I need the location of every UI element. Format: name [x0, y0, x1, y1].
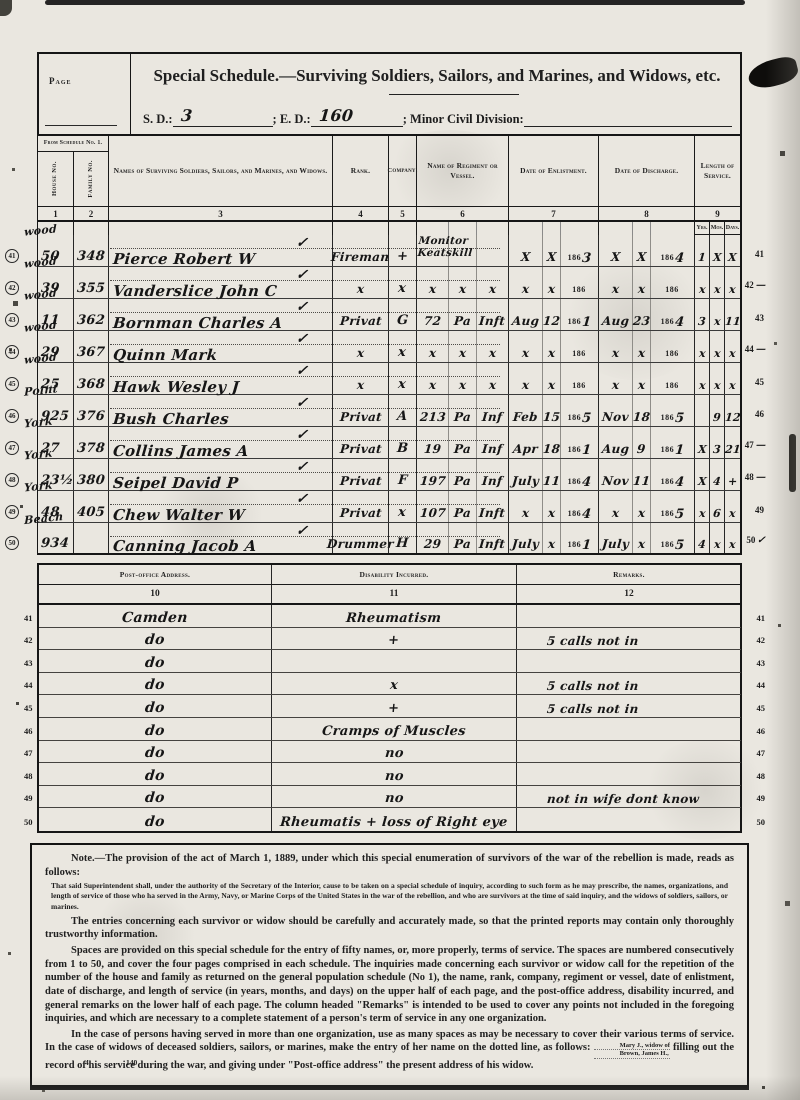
discharge-month-cell: Aug — [598, 427, 632, 458]
enlist-year-cell: 186 — [560, 363, 598, 394]
rank-cell: Fireman — [332, 235, 388, 266]
service-days-cell: x — [724, 491, 740, 522]
regiment-number-cell: 19 — [416, 427, 448, 458]
service-days-cell: x — [724, 267, 740, 298]
row-number-left: 50 — [24, 817, 33, 827]
remarks-cell — [516, 650, 741, 672]
discharge-day-cell: x — [632, 267, 650, 298]
page-number-cell: Page — [39, 54, 131, 134]
service-days-cell: 11 — [724, 299, 740, 330]
title-box: Page Special Schedule.—Surviving Soldier… — [37, 52, 742, 136]
discharge-day-cell: X — [632, 235, 650, 266]
discharge-month-cell: Aug — [598, 299, 632, 330]
check-mark: ✓ — [295, 299, 308, 315]
regiment-state-cell: Pa — [448, 427, 476, 458]
check-mark: ✓ — [295, 235, 308, 251]
enlist-year-cell: 1863 — [560, 235, 598, 266]
row-number-left: 47 — [24, 748, 33, 758]
address-row: 49 do no not in wife dont know 49 — [39, 786, 741, 809]
row-number-circle: 50 — [5, 536, 19, 550]
from-schedule-label: From Schedule No. 1. — [38, 136, 108, 152]
row-number-left: 48 — [24, 771, 33, 781]
note-paragraph-1: Note.—The provision of the act of March … — [45, 852, 734, 879]
row-number-left: 49 — [24, 793, 33, 803]
company-cell: + — [388, 235, 416, 266]
discharge-month-cell: x — [598, 331, 632, 362]
col-number: 12 — [516, 585, 741, 603]
discharge-year-cell: 1861 — [650, 427, 694, 458]
discharge-year-cell: 186 — [650, 267, 694, 298]
enlist-day-cell: X — [542, 235, 560, 266]
row-number-circle: 46 — [5, 409, 19, 423]
regiment-number-cell: 72 — [416, 299, 448, 330]
row-number-right: 49 — [757, 793, 766, 803]
scanned-veterans-schedule-page: Page Special Schedule.—Surviving Soldier… — [0, 0, 800, 1100]
remarks-cell: not in wife dont know — [516, 786, 741, 808]
company-cell: x — [388, 363, 416, 394]
enlist-month-cell: x — [508, 267, 542, 298]
enlist-year-cell: 1861 — [560, 523, 598, 553]
regiment-state-cell: Pa — [448, 523, 476, 553]
regiment-number-cell: 29 — [416, 523, 448, 553]
disability-cell: + — [271, 628, 516, 650]
note-paragraph-2: That said Superintendent shall, under th… — [51, 881, 728, 911]
enlist-year-cell: 186 — [560, 267, 598, 298]
regiment-number-cell: x — [416, 267, 448, 298]
row-number-right: 42— — [745, 280, 766, 291]
family-no-cell: 368 — [73, 363, 108, 394]
row-number-right: 49 — [755, 505, 766, 515]
discharge-year-cell: 186 — [650, 331, 694, 362]
address-row: 45 do + 5 calls not in 45 — [39, 695, 741, 718]
service-record-row: wood 45 ✓ 25 368 Hawk Wesley J x x x x x… — [38, 363, 740, 395]
row-number-left: 43 — [24, 658, 33, 668]
enlist-month-cell: x — [508, 491, 542, 522]
column-numbers-row: 1 2 3 4 5 6 7 8 9 — [38, 206, 740, 222]
disability-cell: Cramps of Muscles — [271, 718, 516, 740]
rank-cell: x — [332, 331, 388, 362]
po-address-cell: Camden — [39, 605, 271, 627]
ed-value-line: 160 — [311, 109, 403, 127]
row-number-right: 43 — [757, 658, 766, 668]
discharge-day-cell: 23 — [632, 299, 650, 330]
enlist-month-cell: July — [508, 459, 542, 490]
discharge-year-cell: 1865 — [650, 491, 694, 522]
service-months-cell: x — [709, 363, 724, 394]
regiment-type-cell: Inf — [476, 427, 508, 458]
company-cell: x — [388, 331, 416, 362]
discharge-month-cell: Nov — [598, 459, 632, 490]
sd-label: S. D.: — [143, 112, 173, 127]
enlist-year-cell: 1861 — [560, 299, 598, 330]
enlist-day-cell: 15 — [542, 395, 560, 426]
service-years-cell: X — [694, 459, 709, 490]
regiment-type-cell: Inft — [476, 491, 508, 522]
footer-number-right: 140 — [126, 1058, 137, 1067]
regiment-state-cell: Pa — [448, 395, 476, 426]
family-no-cell: 378 — [73, 427, 108, 458]
regiment-type-cell: x — [476, 331, 508, 362]
service-years-cell: x — [694, 363, 709, 394]
po-address-cell: do — [39, 695, 271, 717]
sd-value: 3 — [180, 109, 193, 123]
remarks-header: Remarks. — [516, 565, 741, 584]
rank-cell: Drummer — [332, 523, 388, 553]
address-row: 41 Camden Rheumatism 41 — [39, 605, 741, 628]
row-number-right: 41 — [757, 613, 766, 623]
row-number-right: 46 — [755, 409, 766, 419]
row-number-right: 47— — [745, 440, 766, 451]
enlist-day-cell: 11 — [542, 459, 560, 490]
discharge-header: Date of Discharge. — [598, 136, 694, 206]
regiment-header: Name of Regiment or Vessel. — [416, 136, 508, 206]
disability-header: Disability Incurred. — [271, 565, 516, 584]
row-number-right: 45 — [755, 377, 766, 387]
row-number-right: 44 — [757, 680, 766, 690]
widow-example: Mary J., widow ofBrown, James H., — [594, 1042, 670, 1060]
check-mark: ✓ — [295, 491, 308, 507]
row-number-right: 50✓ — [746, 535, 766, 546]
address-row: 42 do + 5 calls not in 42 — [39, 628, 741, 651]
row-number-right: 47 — [757, 748, 766, 758]
enlist-day-cell: x — [542, 523, 560, 553]
row-number-left: 45 — [24, 703, 33, 713]
service-days-cell: x — [724, 523, 740, 553]
remarks-cell — [516, 741, 741, 763]
col-number: 2 — [73, 207, 108, 220]
family-no-cell: 405 — [73, 491, 108, 522]
enlist-month-cell: x — [508, 331, 542, 362]
regiment-type-cell: Inft — [476, 299, 508, 330]
enlist-day-cell: 12 — [542, 299, 560, 330]
row-number-left: 42 — [24, 635, 33, 645]
enlist-month-cell: Apr — [508, 427, 542, 458]
service-months-cell: 6 — [709, 491, 724, 522]
regiment-type-cell: Inf — [476, 395, 508, 426]
table-header: From Schedule No. 1. House No. Family No… — [38, 136, 740, 206]
service-record-row: York 49 ✓ 48 405 Chew Walter W Privat x … — [38, 491, 740, 523]
page-title: Special Schedule.—Surviving Soldiers, Sa… — [139, 66, 735, 86]
col-number: 4 — [332, 207, 388, 220]
service-years-cell: x — [694, 491, 709, 522]
row-number-left: 41 — [24, 613, 33, 623]
enlist-month-cell: Aug — [508, 299, 542, 330]
discharge-year-cell: 1865 — [650, 395, 694, 426]
check-mark: ✓ — [295, 267, 308, 283]
row-number-right: 46 — [757, 726, 766, 736]
rank-cell: Privat — [332, 299, 388, 330]
enlist-year-cell: 1865 — [560, 395, 598, 426]
house-family-headers: House No. Family No. — [38, 152, 108, 206]
remarks-cell: 5 calls not in — [516, 695, 741, 717]
company-cell: H — [388, 523, 416, 553]
discharge-month-cell: x — [598, 363, 632, 394]
col-number: 7 — [508, 207, 598, 220]
regiment-type-cell: x — [476, 267, 508, 298]
note-paragraph-4: Spaces are provided on this special sche… — [45, 944, 734, 1026]
check-mark: ✓ — [295, 363, 308, 379]
enlist-month-cell: July — [508, 523, 542, 553]
widow-example-bottom: Brown, James H., — [594, 1050, 670, 1059]
enlistment-header: Date of Enlistment. — [508, 136, 598, 206]
disability-cell — [271, 650, 516, 672]
po-address-cell: do — [39, 718, 271, 740]
mos-header: Mos. — [709, 222, 724, 235]
discharge-year-cell: 1864 — [650, 459, 694, 490]
widow-example-top: Mary J., widow of — [594, 1042, 670, 1051]
row-number-circle: 45 — [5, 377, 19, 391]
service-years-cell: x — [694, 267, 709, 298]
address-row: 48 do no 48 — [39, 763, 741, 786]
col-number: 8 — [598, 207, 694, 220]
discharge-month-cell: Nov — [598, 395, 632, 426]
rank-cell: Privat — [332, 459, 388, 490]
remarks-cell — [516, 808, 741, 831]
enlist-year-cell: 186 — [560, 331, 598, 362]
regiment-state-cell: x — [448, 331, 476, 362]
title-rule — [389, 94, 519, 95]
rank-cell: x — [332, 363, 388, 394]
service-record-row: York 47 ✓ 27 378 Collins James A Privat … — [38, 427, 740, 459]
family-no-cell: 376 — [73, 395, 108, 426]
discharge-year-cell: 1864 — [650, 299, 694, 330]
regiment-type-cell: Inf — [476, 459, 508, 490]
disability-cell: Rheumatism — [271, 605, 516, 627]
remarks-cell — [516, 718, 741, 740]
enlist-day-cell: x — [542, 331, 560, 362]
ed-label: ; E. D.: — [273, 112, 311, 127]
remarks-cell: 5 calls not in — [516, 673, 741, 695]
row-number-right: 50 — [757, 817, 766, 827]
service-record-row: wood 42 ✓ 39 355 Vanderslice John C x x … — [38, 267, 740, 299]
row-number-circle: 49 — [5, 505, 19, 519]
col-number: 10 — [39, 585, 271, 603]
bottom-column-numbers: 10 11 12 — [39, 585, 740, 605]
service-years-cell: x — [694, 331, 709, 362]
row-number-circle: 41 — [5, 249, 19, 263]
note-paragraph-3: The entries concerning each survivor or … — [45, 915, 734, 942]
service-months-cell: X — [709, 235, 724, 266]
rank-cell: Privat — [332, 395, 388, 426]
po-address-cell: do — [39, 808, 271, 831]
regiment-number-cell: x — [416, 331, 448, 362]
check-mark: ✓ — [295, 459, 308, 475]
vessel-name-overlay: Monitor Keatskill — [417, 235, 511, 259]
regiment-type-cell: x — [476, 363, 508, 394]
col-number: 1 — [38, 207, 73, 220]
remarks-cell — [516, 763, 741, 785]
row-number-left: 44 — [24, 680, 33, 690]
scan-specks — [0, 0, 3, 3]
col-number: 3 — [108, 207, 332, 220]
address-row: 43 do 43 — [39, 650, 741, 673]
service-days-cell: X — [724, 235, 740, 266]
service-years-cell: 1 — [694, 235, 709, 266]
district-line: S. D.: 3 ; E. D.: 160 ; Minor Civil Divi… — [143, 109, 732, 127]
discharge-day-cell: x — [632, 523, 650, 553]
regiment-state-cell: Pa — [448, 299, 476, 330]
service-days-cell: x — [724, 363, 740, 394]
service-record-row: wood 43 ✓ 11 362 Bornman Charles A Priva… — [38, 299, 740, 331]
service-years-cell: 4 — [694, 523, 709, 553]
house-no-header: House No. — [51, 161, 59, 196]
rank-header: Rank. — [332, 136, 388, 206]
row-number-right: 44— — [745, 344, 766, 355]
discharge-year-cell: 1865 — [650, 523, 694, 553]
po-address-cell: do — [39, 763, 271, 785]
note-paragraph-5: In the case of persons having served in … — [45, 1028, 734, 1073]
family-no-header: Family No. — [87, 160, 95, 198]
discharge-day-cell: 11 — [632, 459, 650, 490]
discharge-day-cell: 18 — [632, 395, 650, 426]
row-number-right: 48 — [757, 771, 766, 781]
col-number: 9 — [694, 207, 740, 220]
disability-cell: Rheumatis + loss of Right eye — [271, 808, 516, 831]
row-number-right: 42 — [757, 635, 766, 645]
scan-artifact-top-streak — [45, 0, 745, 5]
service-months-cell: 3 — [709, 427, 724, 458]
enlist-month-cell: x — [508, 363, 542, 394]
service-days-cell: + — [724, 459, 740, 490]
service-months-cell: 4 — [709, 459, 724, 490]
note-box: Note.—The provision of the act of March … — [30, 843, 749, 1090]
service-years-cell — [694, 395, 709, 426]
family-no-cell: 362 — [73, 299, 108, 330]
family-no-cell: 380 — [73, 459, 108, 490]
check-mark: ✓ — [295, 331, 308, 347]
discharge-month-cell: x — [598, 267, 632, 298]
company-header: Company. — [388, 136, 416, 206]
po-address-cell: do — [39, 650, 271, 672]
schedule-header-block: From Schedule No. 1. House No. Family No… — [38, 136, 108, 206]
scan-edge-shadow-bottom — [0, 1076, 800, 1100]
service-record-row: Beach 50 ✓ 934 Canning Jacob A Drummer H… — [38, 523, 740, 555]
row-number-right: 48— — [745, 472, 766, 483]
disability-cell: no — [271, 741, 516, 763]
enlist-year-cell: 1864 — [560, 491, 598, 522]
regiment-number-cell: 213 — [416, 395, 448, 426]
enlist-year-cell: 1864 — [560, 459, 598, 490]
enlist-day-cell: x — [542, 267, 560, 298]
rank-cell: Privat — [332, 491, 388, 522]
row-number-circle: 43 — [5, 313, 19, 327]
company-cell: x — [388, 267, 416, 298]
family-no-cell — [73, 523, 108, 553]
discharge-month-cell: X — [598, 235, 632, 266]
row-number-right: 45 — [757, 703, 766, 713]
address-row: 44 do x 5 calls not in 44 — [39, 673, 741, 696]
company-cell: A — [388, 395, 416, 426]
discharge-day-cell: x — [632, 491, 650, 522]
enlist-day-cell: x — [542, 491, 560, 522]
mcd-value-line — [524, 109, 732, 127]
address-row: 50 do Rheumatis + loss of Right eye 50 — [39, 808, 741, 831]
service-years-cell: 3 — [694, 299, 709, 330]
discharge-year-cell: 186 — [650, 363, 694, 394]
remarks-cell — [516, 605, 741, 627]
service-subheader-row: Yrs. Mos. Days. — [38, 222, 740, 235]
regiment-state-cell: x — [448, 363, 476, 394]
po-address-cell: do — [39, 673, 271, 695]
address-disability-table: Post-office Address. Disability Incurred… — [37, 563, 742, 833]
po-address-cell: do — [39, 741, 271, 763]
company-cell: B — [388, 427, 416, 458]
bottom-table-header: Post-office Address. Disability Incurred… — [39, 565, 740, 585]
service-days-cell: x — [724, 331, 740, 362]
service-record-row: Point 46 ✓ 925 376 Bush Charles Privat A… — [38, 395, 740, 427]
company-cell: x — [388, 491, 416, 522]
row-number-circle: 44 — [5, 345, 19, 359]
regiment-type-cell: Inft — [476, 523, 508, 553]
service-record-row: wood 44 ✓ 29 367 Quinn Mark x x x x x x … — [38, 331, 740, 363]
service-record-row: wood 41 ✓ Monitor Keatskill 50 348 Pierc… — [38, 235, 740, 267]
service-days-cell: 21 — [724, 427, 740, 458]
discharge-year-cell: 1864 — [650, 235, 694, 266]
bottom-table-rows: 41 Camden Rheumatism 41 42 do + 5 calls … — [39, 605, 740, 831]
po-address-cell: do — [39, 786, 271, 808]
regiment-state-cell: x — [448, 267, 476, 298]
regiment-state-cell: Pa — [448, 491, 476, 522]
discharge-day-cell: 9 — [632, 427, 650, 458]
service-days-cell: 12 — [724, 395, 740, 426]
family-no-cell: 355 — [73, 267, 108, 298]
remarks-cell: 5 calls not in — [516, 628, 741, 650]
service-record-row: York 48 ✓ 23½ 380 Seipel David P Privat … — [38, 459, 740, 491]
top-table-rows: wood 41 ✓ Monitor Keatskill 50 348 Pierc… — [38, 235, 740, 555]
scan-edge-shadow-right — [766, 0, 800, 1100]
service-months-cell: x — [709, 299, 724, 330]
disability-cell: no — [271, 763, 516, 785]
discharge-day-cell: x — [632, 331, 650, 362]
yrs-header: Yrs. — [694, 222, 709, 235]
address-row: 47 do no 47 — [39, 741, 741, 764]
family-no-cell: 348 — [73, 235, 108, 266]
regiment-number-cell: 197 — [416, 459, 448, 490]
service-record-table: From Schedule No. 1. House No. Family No… — [37, 136, 742, 555]
house-no-cell: 934 — [38, 523, 73, 553]
disability-cell: + — [271, 695, 516, 717]
sd-value-line: 3 — [173, 109, 273, 127]
disability-cell: no — [271, 786, 516, 808]
address-row: 46 do Cramps of Muscles 46 — [39, 718, 741, 741]
discharge-month-cell: x — [598, 491, 632, 522]
service-years-cell: X — [694, 427, 709, 458]
disability-cell: x — [271, 673, 516, 695]
days-header: Days. — [724, 222, 740, 235]
enlist-month-cell: Feb — [508, 395, 542, 426]
check-mark: ✓ — [295, 427, 308, 443]
family-no-cell: 367 — [73, 331, 108, 362]
check-mark: ✓ — [295, 395, 308, 411]
service-months-cell: x — [709, 331, 724, 362]
row-number-circle: 42 — [5, 281, 19, 295]
regiment-number-cell: x — [416, 363, 448, 394]
rank-cell: x — [332, 267, 388, 298]
enlist-day-cell: x — [542, 363, 560, 394]
row-number-right: 41 — [755, 249, 766, 259]
company-cell: G — [388, 299, 416, 330]
rank-cell: Privat — [332, 427, 388, 458]
col-number: 11 — [271, 585, 516, 603]
service-months-cell: 9 — [709, 395, 724, 426]
regiment-number-cell: 107 — [416, 491, 448, 522]
col-number: 6 — [416, 207, 508, 220]
po-address-cell: do — [39, 628, 271, 650]
po-address-header: Post-office Address. — [39, 565, 271, 584]
service-header: Length of Service. — [694, 136, 740, 206]
mcd-label: ; Minor Civil Division: — [403, 112, 524, 127]
page-label: Page — [49, 76, 72, 86]
